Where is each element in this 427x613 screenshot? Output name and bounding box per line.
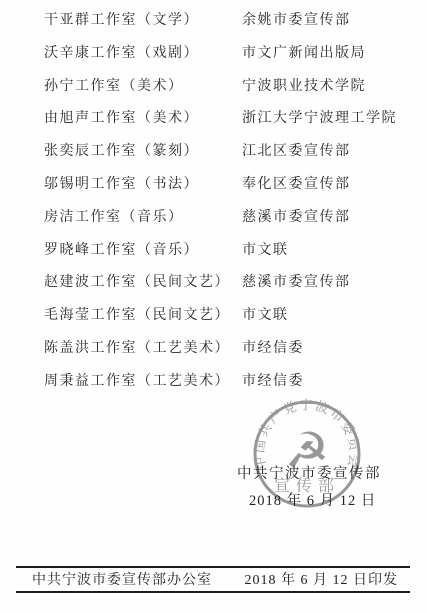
studio-row: 干亚群工作室（文学） 余姚市委宣传部	[44, 5, 421, 38]
supervising-org: 奉化区委宣传部	[242, 169, 421, 202]
studio-name: 陈盖洪工作室（工艺美术）	[44, 333, 242, 366]
supervising-org: 市经信委	[242, 366, 421, 399]
studio-list: 干亚群工作室（文学） 余姚市委宣传部 沃辛康工作室（戏剧） 市文广新闻出版局 孙…	[44, 5, 421, 399]
signature-issuer: 中共宁波市委宣传部	[237, 462, 381, 483]
supervising-org: 市文联	[242, 300, 421, 333]
footer: 中共宁波市委宣传部办公室 2018 年 6 月 12 日印发	[16, 567, 410, 591]
studio-row: 房洁工作室（音乐） 慈溪市委宣传部	[44, 202, 421, 235]
supervising-org: 慈溪市委宣传部	[242, 202, 421, 235]
supervising-org: 宁波职业技术学院	[242, 71, 421, 104]
studio-row: 张奕辰工作室（篆刻） 江北区委宣传部	[44, 136, 421, 169]
studio-row: 陈盖洪工作室（工艺美术） 市经信委	[44, 333, 421, 366]
document-page: 干亚群工作室（文学） 余姚市委宣传部 沃辛康工作室（戏剧） 市文广新闻出版局 孙…	[0, 0, 427, 613]
supervising-org: 浙江大学宁波理工学院	[242, 103, 421, 136]
supervising-org: 余姚市委宣传部	[242, 5, 421, 38]
studio-row: 孙宁工作室（美术） 宁波职业技术学院	[44, 71, 421, 104]
studio-name: 毛海莹工作室（民间文艺）	[44, 300, 242, 333]
studio-name: 张奕辰工作室（篆刻）	[44, 136, 242, 169]
studio-row: 周秉益工作室（工艺美术） 市经信委	[44, 366, 421, 399]
supervising-org: 市文联	[242, 235, 421, 268]
studio-row: 罗晓峰工作室（音乐） 市文联	[44, 235, 421, 268]
studio-name: 周秉益工作室（工艺美术）	[44, 366, 242, 399]
supervising-org: 江北区委宣传部	[242, 136, 421, 169]
studio-name: 邬锡明工作室（书法）	[44, 169, 242, 202]
supervising-org: 市文广新闻出版局	[242, 38, 421, 71]
studio-name: 干亚群工作室（文学）	[44, 5, 242, 38]
studio-name: 房洁工作室（音乐）	[44, 202, 242, 235]
supervising-org: 市经信委	[242, 333, 421, 366]
footer-rule-bottom	[16, 591, 410, 593]
studio-name: 赵建波工作室（民间文艺）	[44, 267, 242, 300]
studio-name: 沃辛康工作室（戏剧）	[44, 38, 242, 71]
studio-row: 沃辛康工作室（戏剧） 市文广新闻出版局	[44, 38, 421, 71]
footer-print-date: 2018 年 6 月 12 日印发	[245, 569, 399, 589]
studio-name: 由旭声工作室（美术）	[44, 103, 242, 136]
footer-issuing-office: 中共宁波市委宣传部办公室	[32, 569, 212, 589]
studio-row: 邬锡明工作室（书法） 奉化区委宣传部	[44, 169, 421, 202]
studio-name: 罗晓峰工作室（音乐）	[44, 235, 242, 268]
signature-date: 2018 年 6 月 12 日	[249, 489, 376, 510]
studio-row: 赵建波工作室（民间文艺） 慈溪市委宣传部	[44, 267, 421, 300]
studio-name: 孙宁工作室（美术）	[44, 71, 242, 104]
studio-row: 毛海莹工作室（民间文艺） 市文联	[44, 300, 421, 333]
supervising-org: 慈溪市委宣传部	[242, 267, 421, 300]
studio-row: 由旭声工作室（美术） 浙江大学宁波理工学院	[44, 103, 421, 136]
